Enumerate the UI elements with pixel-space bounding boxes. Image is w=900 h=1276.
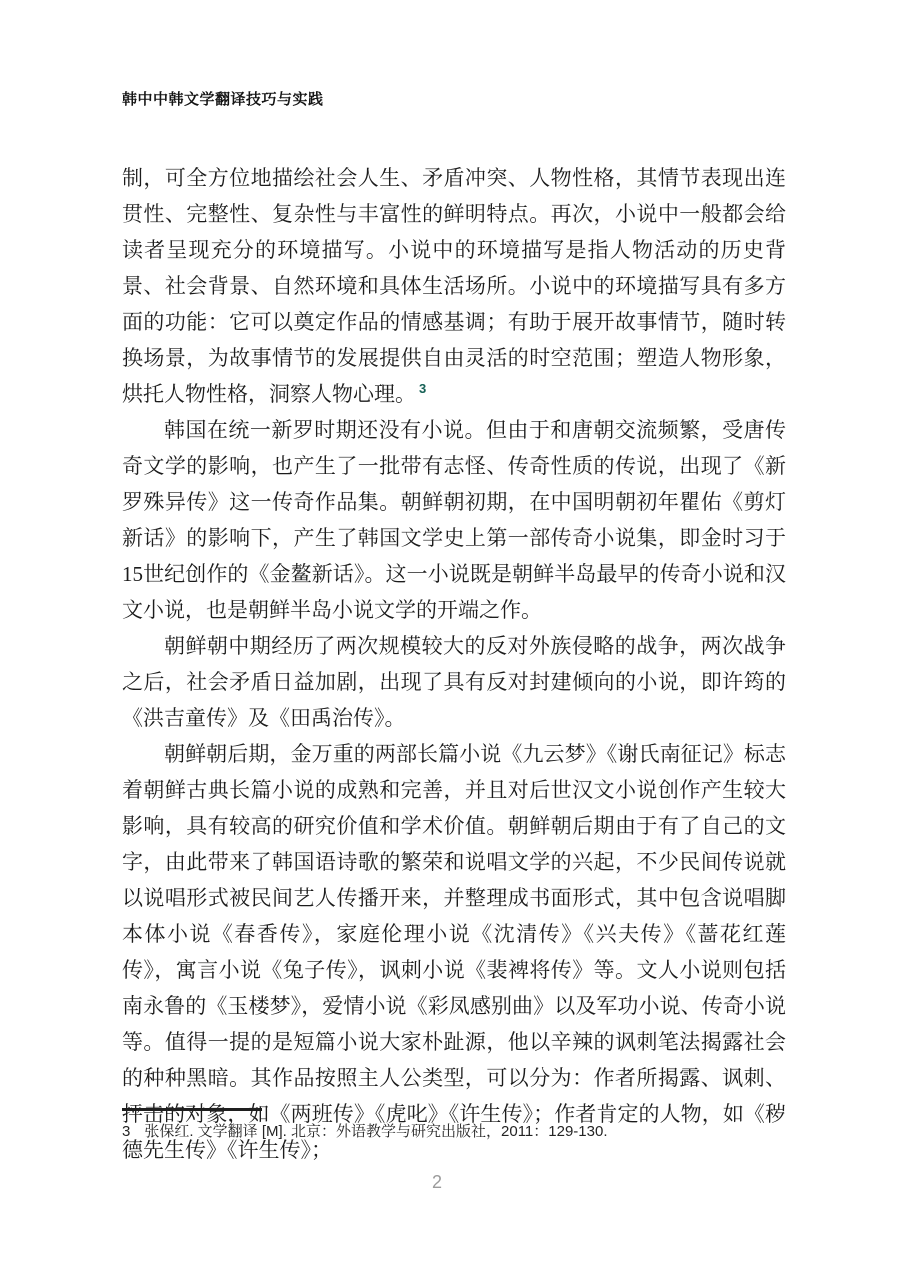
paragraph-text: 朝鲜朝中期经历了两次规模较大的反对外族侵略的战争，两次战争之后，社会矛盾日益加剧… <box>122 634 786 730</box>
page-number: 2 <box>0 1172 874 1193</box>
page-body: 制，可全方位地描绘社会人生、矛盾冲突、人物性格，其情节表现出连贯性、完整性、复杂… <box>122 160 786 1168</box>
paragraph-1: 制，可全方位地描绘社会人生、矛盾冲突、人物性格，其情节表现出连贯性、完整性、复杂… <box>122 160 786 412</box>
paragraph-text: 朝鲜朝后期，金万重的两部长篇小说《九云梦》《谢氏南征记》标志着朝鲜古典长篇小说的… <box>122 742 786 1162</box>
paragraph-text: 制，可全方位地描绘社会人生、矛盾冲突、人物性格，其情节表现出连贯性、完整性、复杂… <box>122 166 786 406</box>
paragraph-3: 朝鲜朝中期经历了两次规模较大的反对外族侵略的战争，两次战争之后，社会矛盾日益加剧… <box>122 628 786 736</box>
book-title: 韩中中韩文学翻译技巧与实践 <box>122 91 324 108</box>
footnote-area: 3 张保红. 文学翻译 [M]. 北京：外语教学与研究出版社，2011：129-… <box>122 1108 786 1141</box>
paragraph-2: 韩国在统一新罗时期还没有小说。但由于和唐朝交流频繁，受唐传奇文学的影响，也产生了… <box>122 412 786 628</box>
footnote-ref-marker[interactable]: 3 <box>419 381 426 396</box>
footnote-marker: 3 <box>122 1123 130 1140</box>
footnote-text: 张保红. 文学翻译 [M]. 北京：外语教学与研究出版社，2011：129-13… <box>144 1120 786 1141</box>
paragraph-4: 朝鲜朝后期，金万重的两部长篇小说《九云梦》《谢氏南征记》标志着朝鲜古典长篇小说的… <box>122 736 786 1168</box>
footnote-divider-rule <box>122 1108 262 1111</box>
paragraph-text: 韩国在统一新罗时期还没有小说。但由于和唐朝交流频繁，受唐传奇文学的影响，也产生了… <box>122 418 786 622</box>
document-page: 韩中中韩文学翻译技巧与实践 制，可全方位地描绘社会人生、矛盾冲突、人物性格，其情… <box>0 0 900 1276</box>
footnote: 3 张保红. 文学翻译 [M]. 北京：外语教学与研究出版社，2011：129-… <box>122 1120 786 1141</box>
running-header: 韩中中韩文学翻译技巧与实践 <box>122 88 324 109</box>
